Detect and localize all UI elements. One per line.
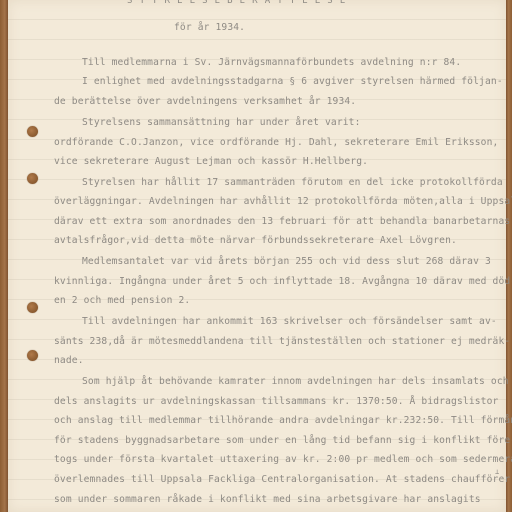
text-line: dels anslagits ur avdelningskassan tills… bbox=[54, 396, 498, 408]
punch-hole-4 bbox=[27, 350, 38, 361]
text-line: avtalsfrågor,vid detta möte närvar förbu… bbox=[54, 235, 457, 247]
document-title: STYRELSEBERÄTTELSE bbox=[127, 0, 352, 7]
text-line: Medlemsantalet var vid årets början 255 … bbox=[82, 256, 491, 268]
text-line: överlemnades till Uppsala Fackliga Centr… bbox=[54, 474, 510, 486]
text-line: ordförande C.O.Janzon, vice ordförande H… bbox=[54, 137, 498, 149]
text-line: de berättelse över avdelningens verksamh… bbox=[54, 96, 356, 108]
text-line: Styrelsen har hållit 17 sammanträden för… bbox=[82, 177, 503, 189]
document-subtitle: för år 1934. bbox=[174, 22, 245, 34]
text-line: nade. bbox=[54, 355, 84, 367]
punch-hole-2 bbox=[27, 173, 38, 184]
text-line: Styrelsens sammansättning har under året… bbox=[82, 117, 361, 129]
cardboard-backing-left bbox=[0, 0, 8, 512]
text-line: därav ett extra som anordnades den 13 fe… bbox=[54, 216, 510, 228]
text-line: I enlighet med avdelningsstadgarna § 6 a… bbox=[82, 76, 503, 88]
text-line: Till avdelningen har ankommit 163 skrive… bbox=[82, 316, 497, 328]
punch-hole-3 bbox=[27, 302, 38, 313]
text-line: vice sekreterare August Lejman och kassö… bbox=[54, 156, 368, 168]
text-line: kvinnliga. Ingångna under året 5 och inf… bbox=[54, 276, 512, 288]
text-line: Till medlemmarna i Sv. Järnvägsmannaförb… bbox=[82, 57, 461, 69]
text-line: och anslag till medlemmar tillhörande an… bbox=[54, 415, 512, 427]
correction-mark: ⊥ bbox=[495, 468, 499, 476]
typewritten-page: STYRELSEBERÄTTELSE för år 1934. Till med… bbox=[8, 0, 506, 512]
text-line: sänts 238,då är mötesmeddlandena till tj… bbox=[54, 336, 510, 348]
punch-hole-1 bbox=[27, 126, 38, 137]
text-line: överläggningar. Avdelningen har avhållit… bbox=[54, 196, 512, 208]
text-line: för stadens byggnadsarbetare som under e… bbox=[54, 435, 512, 447]
text-line: som under sommaren råkade i konflikt med… bbox=[54, 494, 481, 506]
text-line: Som hjälp åt behövande kamrater innom av… bbox=[82, 376, 509, 388]
text-line: togs under första kvartalet uttaxering a… bbox=[54, 454, 512, 466]
text-line: en 2 och med pension 2. bbox=[54, 295, 190, 307]
